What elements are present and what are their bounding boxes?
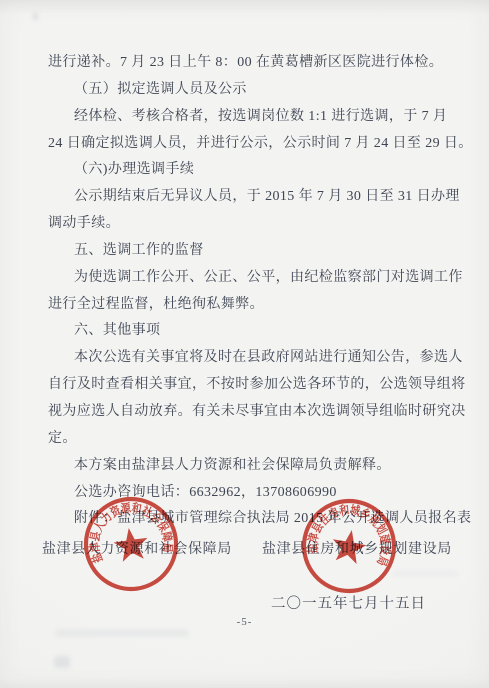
text-line: 进行全过程监督，杜绝徇私舞弊。 <box>48 292 462 319</box>
star-icon <box>112 526 150 563</box>
text-line: 六、其他事项 <box>74 318 462 345</box>
scanned-document-page: 进行递补。7 月 23 日上午 8：00 在黄葛槽新区医院进行体检。（五）拟定选… <box>0 0 489 688</box>
text-line: 经体检、考核合格者，按选调岗位数 1:1 进行选调，于 7 月 <box>74 104 462 131</box>
text-line: 视为应选人自动放弃。有关未尽事宜由本次选调领导组临时研究决 <box>48 399 462 426</box>
official-seal-right: 盐津县住房和城乡规划建设局 <box>286 483 411 608</box>
text-line: （六)办理选调手续 <box>74 157 462 184</box>
document-lines: 进行递补。7 月 23 日上午 8：00 在黄葛槽新区医院进行体检。（五）拟定选… <box>48 50 462 533</box>
text-line: 为使选调工作公开、公正、公平，由纪检监察部门对选调工作 <box>74 265 462 292</box>
star-icon <box>329 527 368 565</box>
text-line: 公示期结束后无异议人员，于 2015 年 7 月 30 日至 31 日办理 <box>74 184 462 211</box>
text-line: 本次公选有关事宜将及时在县政府网站进行通知公告，参选人 <box>74 345 462 372</box>
text-line: 调动手续。 <box>48 211 462 238</box>
text-line: 进行递补。7 月 23 日上午 8：00 在黄葛槽新区医院进行体检。 <box>48 50 462 77</box>
text-line: 定。 <box>48 426 462 453</box>
bleed-through-mark <box>55 629 189 637</box>
bleed-through-mark <box>392 570 458 577</box>
bleed-through-mark <box>54 656 70 668</box>
text-line: （五）拟定选调人员及公示 <box>74 77 462 104</box>
text-line: 本方案由盐津县人力资源和社会保障局负责解释。 <box>74 453 462 480</box>
official-seal-left: 盐津县人力资源和社会保障局 <box>70 483 192 605</box>
text-line: 自行及时查看相关事宜，不按时参加公选各环节的，公选领导组将 <box>48 372 462 399</box>
text-line: 五、选调工作的监督 <box>74 238 462 265</box>
page-number: -5- <box>0 616 489 628</box>
scan-speck <box>33 12 38 21</box>
text-line: 24 日确定拟选调人员，并进行公示，公示时间 7 月 24 日至 29 日。 <box>48 131 462 158</box>
